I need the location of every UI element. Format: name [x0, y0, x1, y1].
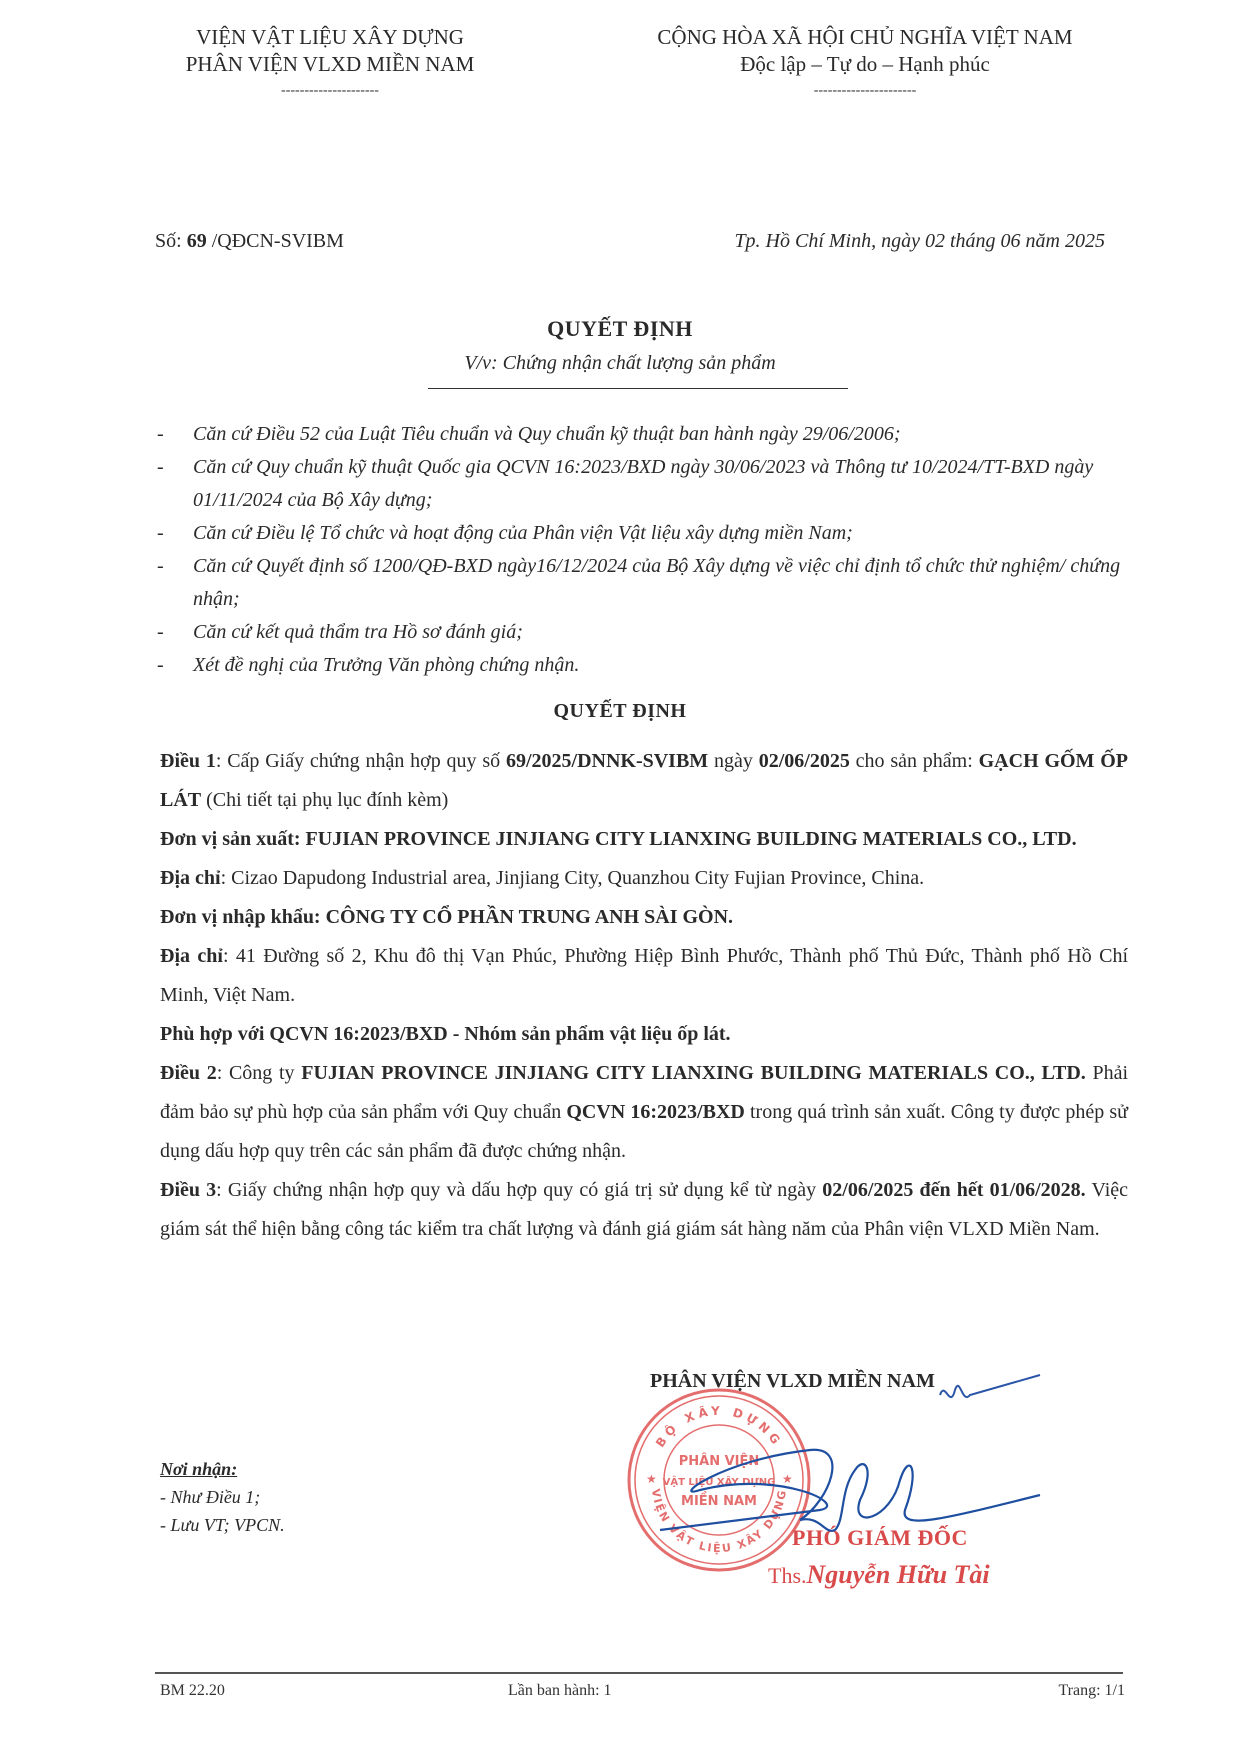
- manufacturer-name: FUJIAN PROVINCE JINJIANG CITY LIANXING B…: [306, 828, 1077, 850]
- manufacturer: Đơn vị sản xuất: FUJIAN PROVINCE JINJIAN…: [160, 820, 1128, 859]
- legal-basis-text: Xét đề nghị của Trưởng Văn phòng chứng n…: [193, 654, 579, 676]
- article-2: Điều 2: Công ty FUJIAN PROVINCE JINJIANG…: [160, 1054, 1128, 1171]
- importer-label: Đơn vị nhập khẩu:: [160, 906, 326, 928]
- signature-icon: [640, 1370, 1050, 1570]
- national-separator: ----------------------: [600, 82, 1130, 100]
- legal-basis-text: Căn cứ Quyết định số 1200/QĐ-BXD ngày16/…: [193, 555, 1120, 610]
- validity-period: 02/06/2025 đến hết 01/06/2028.: [822, 1179, 1085, 1201]
- importer-name: CÔNG TY CỔ PHẦN TRUNG ANH SÀI GÒN.: [326, 906, 733, 928]
- conformity-text: Phù hợp với QCVN 16:2023/BXD - Nhóm sản …: [160, 1023, 731, 1045]
- edition: Lần ban hành: 1: [508, 1682, 612, 1700]
- page-number: Trang: 1/1: [1058, 1682, 1125, 1700]
- title-underline: [428, 388, 848, 389]
- article-2-company: FUJIAN PROVINCE JINJIANG CITY LIANXING B…: [301, 1062, 1086, 1084]
- certificate-date: 02/06/2025: [759, 750, 850, 772]
- importer: Đơn vị nhập khẩu: CÔNG TY CỔ PHẦN TRUNG …: [160, 898, 1128, 937]
- decision-heading: QUYẾT ĐỊNH: [0, 700, 1240, 723]
- article-1-text: ngày: [708, 750, 759, 772]
- issuer-parent: VIỆN VẬT LIỆU XÂY DỰNG: [140, 24, 520, 51]
- article-2-text: : Công ty: [217, 1062, 302, 1084]
- address-text: : Cizao Dapudong Industrial area, Jinjia…: [221, 867, 925, 889]
- conformity-statement: Phù hợp với QCVN 16:2023/BXD - Nhóm sản …: [160, 1015, 1128, 1054]
- national-name: CỘNG HÒA XÃ HỘI CHỦ NGHĨA VIỆT NAM: [600, 24, 1130, 51]
- manufacturer-address: Địa chỉ: Cizao Dapudong Industrial area,…: [160, 859, 1128, 898]
- article-2-standard: QCVN 16:2023/BXD: [566, 1101, 744, 1123]
- decision-body: Điều 1: Cấp Giấy chứng nhận hợp quy số 6…: [160, 742, 1128, 1249]
- legal-basis-text: Căn cứ Quy chuẩn kỹ thuật Quốc gia QCVN …: [193, 456, 1093, 511]
- doc-number-prefix: Số:: [155, 230, 187, 252]
- document-subtitle: V/v: Chứng nhận chất lượng sản phẩm: [0, 352, 1240, 375]
- article-3: Điều 3: Giấy chứng nhận hợp quy và dấu h…: [160, 1171, 1128, 1249]
- legal-basis-item: -Căn cứ Quyết định số 1200/QĐ-BXD ngày16…: [155, 550, 1125, 616]
- legal-basis-item: -Căn cứ Điều 52 của Luật Tiêu chuẩn và Q…: [155, 418, 1125, 451]
- legal-basis-text: Căn cứ Điều lệ Tổ chức và hoạt động của …: [193, 522, 853, 544]
- recipient-item: - Như Điều 1;: [160, 1483, 285, 1511]
- recipients-heading: Nơi nhận:: [160, 1455, 285, 1483]
- doc-number-suffix: /QĐCN-SVIBM: [207, 230, 344, 252]
- national-motto: Độc lập – Tự do – Hạnh phúc: [600, 51, 1130, 78]
- article-1-text: : Cấp Giấy chứng nhận hợp quy số: [216, 750, 506, 772]
- address-label: Địa chỉ: [160, 945, 223, 967]
- article-1: Điều 1: Cấp Giấy chứng nhận hợp quy số 6…: [160, 742, 1128, 820]
- issuer-name: PHÂN VIỆN VLXD MIỀN NAM: [140, 51, 520, 78]
- article-3-label: Điều 3: [160, 1179, 216, 1201]
- legal-basis-item: -Xét đề nghị của Trưởng Văn phòng chứng …: [155, 649, 1125, 682]
- document-number: Số: 69 /QĐCN-SVIBM: [155, 230, 344, 253]
- certificate-number: 69/2025/DNNK-SVIBM: [506, 750, 708, 772]
- doc-number-value: 69: [187, 230, 207, 252]
- legal-basis-text: Căn cứ kết quả thẩm tra Hồ sơ đánh giá;: [193, 621, 523, 643]
- issuer-separator: ---------------------: [140, 82, 520, 100]
- national-header: CỘNG HÒA XÃ HỘI CHỦ NGHĨA VIỆT NAM Độc l…: [600, 24, 1130, 100]
- address-text: : 41 Đường số 2, Khu đô thị Vạn Phúc, Ph…: [160, 945, 1128, 1006]
- legal-basis-item: -Căn cứ Quy chuẩn kỹ thuật Quốc gia QCVN…: [155, 451, 1125, 517]
- place-date: Tp. Hồ Chí Minh, ngày 02 tháng 06 năm 20…: [734, 230, 1105, 253]
- article-3-text: : Giấy chứng nhận hợp quy và dấu hợp quy…: [216, 1179, 822, 1201]
- legal-basis-item: -Căn cứ kết quả thẩm tra Hồ sơ đánh giá;: [155, 616, 1125, 649]
- legal-bases-list: -Căn cứ Điều 52 của Luật Tiêu chuẩn và Q…: [155, 418, 1125, 682]
- issuer-header: VIỆN VẬT LIỆU XÂY DỰNG PHÂN VIỆN VLXD MI…: [140, 24, 520, 100]
- footer-divider: [155, 1672, 1123, 1674]
- recipients: Nơi nhận: - Như Điều 1; - Lưu VT; VPCN.: [160, 1455, 285, 1539]
- product-note: (Chi tiết tại phụ lục đính kèm): [201, 789, 448, 811]
- address-label: Địa chỉ: [160, 867, 221, 889]
- document-title: QUYẾT ĐỊNH: [0, 316, 1240, 342]
- legal-basis-item: -Căn cứ Điều lệ Tổ chức và hoạt động của…: [155, 517, 1125, 550]
- form-code: BM 22.20: [160, 1682, 225, 1700]
- importer-address: Địa chỉ: 41 Đường số 2, Khu đô thị Vạn P…: [160, 937, 1128, 1015]
- manufacturer-label: Đơn vị sản xuất:: [160, 828, 306, 850]
- recipient-item: - Lưu VT; VPCN.: [160, 1511, 285, 1539]
- article-1-text: cho sản phẩm:: [850, 750, 979, 772]
- article-1-label: Điều 1: [160, 750, 216, 772]
- article-2-label: Điều 2: [160, 1062, 217, 1084]
- legal-basis-text: Căn cứ Điều 52 của Luật Tiêu chuẩn và Qu…: [193, 423, 900, 445]
